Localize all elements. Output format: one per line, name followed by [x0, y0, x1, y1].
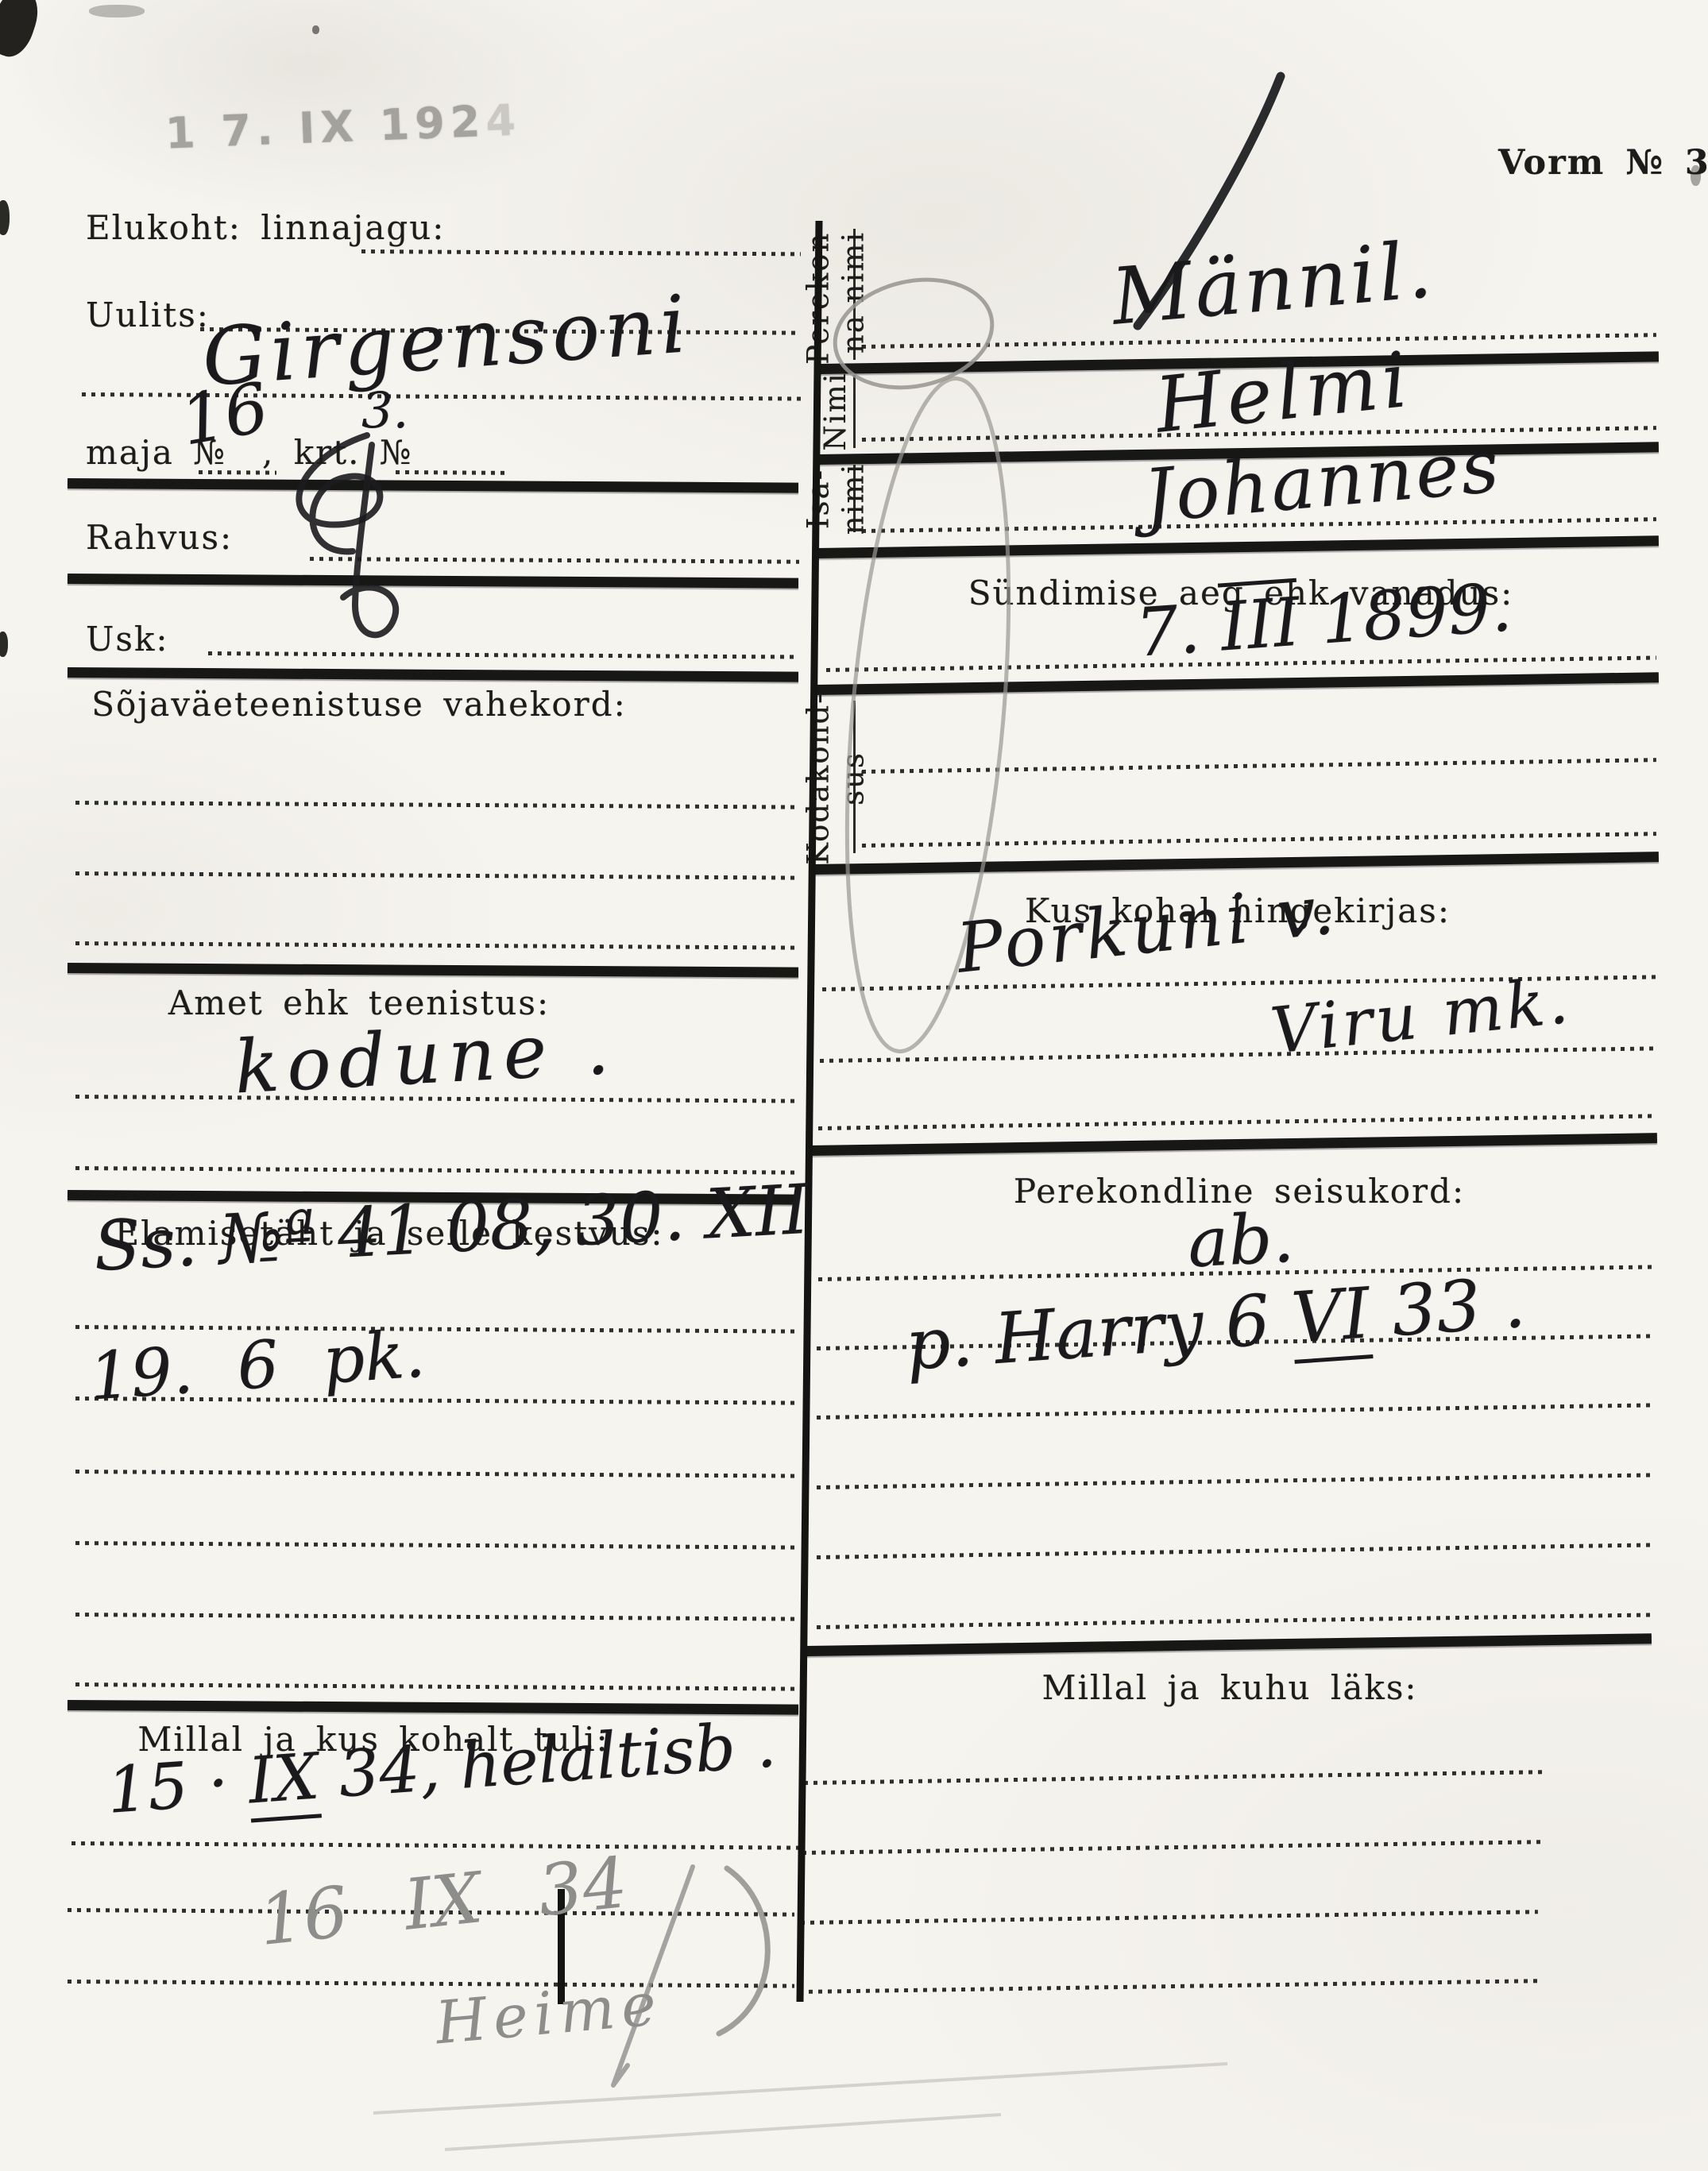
street-entry-handwriting: Girgensoni [199, 277, 694, 404]
dotted-line [68, 1980, 794, 1988]
pencil-loop-scribble [719, 1868, 767, 2034]
scan-blot [89, 5, 145, 17]
date-stamp-main: 1 7. IX 192 [164, 96, 487, 158]
maja-entry-handwriting: 16 [175, 368, 274, 461]
dotted-line [804, 1770, 1543, 1785]
perekonnanimi-entry-handwriting: Männil. [1108, 225, 1438, 343]
kodakondsus-label-line2: sus [836, 692, 871, 864]
hingekirjas-entry2-handwriting: Viru mk. [1267, 964, 1575, 1068]
section-rule [815, 672, 1659, 695]
section-rule [68, 574, 798, 589]
dotted-line [862, 333, 1656, 349]
dotted-line [817, 1613, 1656, 1629]
dotted-line [862, 832, 1656, 848]
dotted-line [75, 871, 800, 880]
scan-blot [0, 0, 44, 62]
dotted-line [75, 1325, 800, 1334]
dotted-line [862, 758, 1656, 774]
dotted-line [802, 1840, 1541, 1855]
date-stamp-last-digit: 4 [485, 95, 522, 146]
dotted-line [75, 1613, 800, 1621]
usk-label: Usk: [86, 620, 169, 659]
section-rule [68, 478, 798, 493]
sundimise-entry-suffix: 1899. [1296, 568, 1513, 660]
date-stamp: 1 7. IX 1924 [164, 95, 522, 158]
nimi-label: Nimi [818, 372, 853, 450]
seisukord-entry2-prefix: p. Harry 6 [902, 1277, 1294, 1386]
section-rule [68, 667, 798, 682]
scan-blot [312, 25, 319, 34]
sundimise-entry-prefix: 7. [1134, 589, 1223, 672]
uulits-label: Uulits: [86, 296, 210, 334]
rahvus-label: Rahvus: [86, 518, 233, 557]
dotted-line [818, 1114, 1656, 1130]
dotted-line [75, 1166, 800, 1175]
tuli-entry1-prefix: 15 · [105, 1744, 251, 1828]
dotted-line [817, 1543, 1656, 1559]
laks-label: Millal ja kuhu läks: [1041, 1668, 1417, 1707]
isanimi-label-line1: Isa- [801, 463, 836, 535]
ink-flourish-scribble [343, 445, 396, 635]
isanimi-label-line2: nimi [836, 463, 871, 535]
dotted-line [817, 1473, 1656, 1489]
section-rule [806, 1633, 1652, 1656]
dotted-line [75, 941, 800, 950]
seisukord-entry1-handwriting: ab. [1185, 1199, 1296, 1284]
dotted-line [361, 249, 801, 256]
registration-card-scan: 1 7. IX 1924 Vorm № 36. Elukoht: linnaja… [0, 0, 1708, 2171]
perekonnanimi-label-line2: na nimi [836, 220, 871, 365]
dotted-line [75, 1682, 800, 1691]
isanimi-label: Isa- nimi [801, 463, 870, 535]
sojavae-label: Sõjaväeteenistuse vahekord: [91, 685, 627, 724]
dotted-line [75, 1470, 800, 1478]
perekonnanimi-label-line1: Perekon- [801, 220, 836, 365]
dotted-line [75, 1541, 800, 1550]
faint-pencil-line [445, 2115, 1001, 2150]
seisukord-entry2-numeral: VI [1289, 1272, 1373, 1364]
kodakondsus-label-line1: Kodakond- [801, 692, 836, 864]
dotted-line [817, 1403, 1656, 1420]
krt-entry-handwriting: 3. [361, 381, 408, 439]
dotted-line [820, 1046, 1656, 1063]
dotted-line [799, 1979, 1538, 1994]
faint-pencil-line [373, 2064, 1227, 2113]
section-rule [812, 852, 1659, 875]
elukoht-label: Elukoht: linnajagu: [86, 208, 445, 247]
elamisetaht-entry1-handwriting: Ss. №ª 41 08, 30. XII [91, 1170, 810, 1287]
section-rule [817, 535, 1659, 558]
dotted-line [310, 557, 799, 564]
label-rule [853, 375, 856, 448]
tuli-entry2-handwriting: 16 IX 34 [255, 1841, 632, 1961]
dotted-line [75, 801, 800, 809]
seisukord-entry2-suffix: 33 . [1367, 1261, 1528, 1354]
scan-blot [0, 200, 10, 235]
form-number: Vorm № 36. [1498, 143, 1708, 183]
section-rule [809, 1133, 1657, 1156]
tuli-entry1-numeral: IX [245, 1740, 321, 1823]
hingekirjas-entry1-handwriting: Porkuni v. [953, 870, 1342, 989]
section-rule [68, 963, 798, 978]
sundimise-entry-numeral: III [1218, 578, 1303, 666]
scan-blot [0, 632, 8, 657]
dotted-line [801, 1910, 1538, 1925]
dotted-line [208, 651, 799, 659]
perekonnanimi-label: Perekon- na nimi [801, 220, 870, 365]
kodakondsus-label: Kodakond- sus [801, 692, 870, 864]
dotted-line [71, 1841, 798, 1850]
